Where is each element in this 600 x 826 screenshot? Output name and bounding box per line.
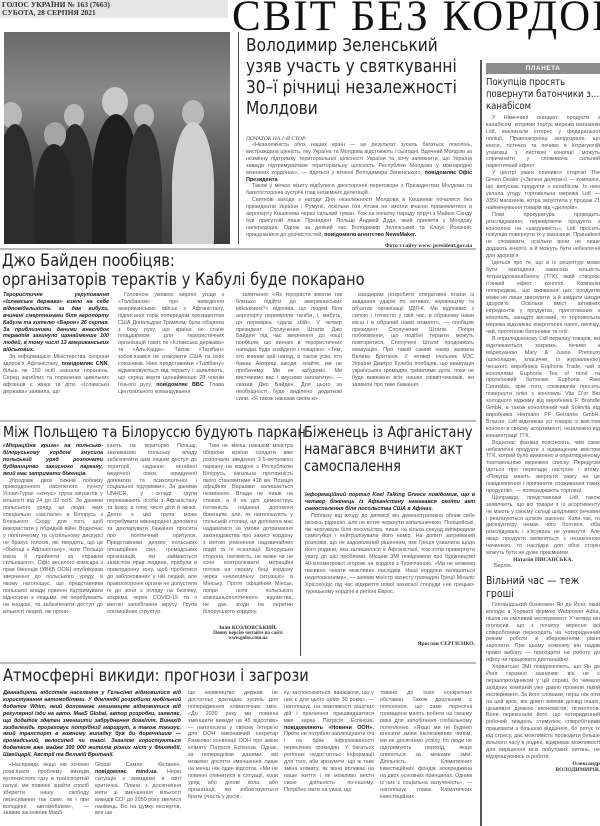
refugee-body: Інформаційний портал Keel Talking Greece… [305,492,475,657]
emissions-col-3: що керівництво держав не достатньо докла… [188,690,278,826]
fence-full-version: Повну версію читайте на сайті www.golos.… [203,631,293,641]
emissions-col-4: ку, заспокоюються, вважаючи, що у них є … [284,690,374,826]
issue-info: ГОЛОС УКРАЇНИ № 163 (7663) СУБОТА, 28 СЕ… [2,1,110,17]
planeta-label: ПЛАНЕТА [486,63,600,74]
free-time-body: Голландський бізнесмен Ян де Йонг, який … [486,602,600,761]
fence-col-1: «Міграційна криза» на польсько-білоруськ… [3,443,103,655]
section-title: СВІТ БЕЗ КОРДОНІВ [228,0,600,41]
cannabis-place: Берлін. [486,563,600,570]
divider [300,424,301,656]
cannabis-headline: Покупців просять повернути батончики з… … [486,77,600,113]
fence-col-3: Тим не менш наказом міністра оборони кра… [203,443,293,655]
refugee-headline: Біженець із Афганістану намагався вчинит… [304,424,476,475]
biden-headline: Джо Байден пообіцяв: організаторів терак… [2,252,365,290]
emissions-col-5: товано до їхніх конкретних обставин. Так… [380,690,472,826]
biden-col-3: запитання: «Як терористи змогли так близ… [236,292,342,417]
divider [0,248,476,250]
biden-col-2: Головною умовою мирної угоди з «Талібано… [118,292,224,417]
fence-headline: Між Польщею та Білоруссю будують паркан [3,424,306,441]
divider [238,32,239,244]
free-time-headline: Вільний час — теж гроші [486,574,600,600]
refugee-author: Ярослав СЕРГІЄНКО. [305,641,475,647]
emissions-col-1: Дванадцять відсотків населення у Гельсін… [3,690,181,826]
divider [0,420,476,422]
zelensky-headline: Володимир Зеленський узяв участь у святк… [246,36,477,120]
fence-col-2: кають на територію Польщі, закликаємо по… [107,443,197,655]
biden-col-4: мандирам розробити оперативні плани із з… [352,292,474,417]
biden-col-1: Терористичне угруповання «Ісламська держ… [3,292,109,417]
issue-date: СУБОТА, 28 СЕРПНЯ 2021 [2,9,110,17]
divider [0,662,476,664]
zelensky-photo [4,32,230,244]
cannabis-body: У Німеччині скандал: продукти з канабісо… [486,115,600,557]
zelensky-body: ПОЧАТОК НА 1-Й СТОР. «Незалежність обох … [246,136,472,249]
emissions-headline: Атмосферні викиди: прогнози і загрози [3,667,309,686]
free-time-author: Олександр ВОЛОДИМИРІВ. [486,761,600,773]
sidebar-planeta: ПЛАНЕТА Покупців просять повернути батон… [480,60,600,826]
